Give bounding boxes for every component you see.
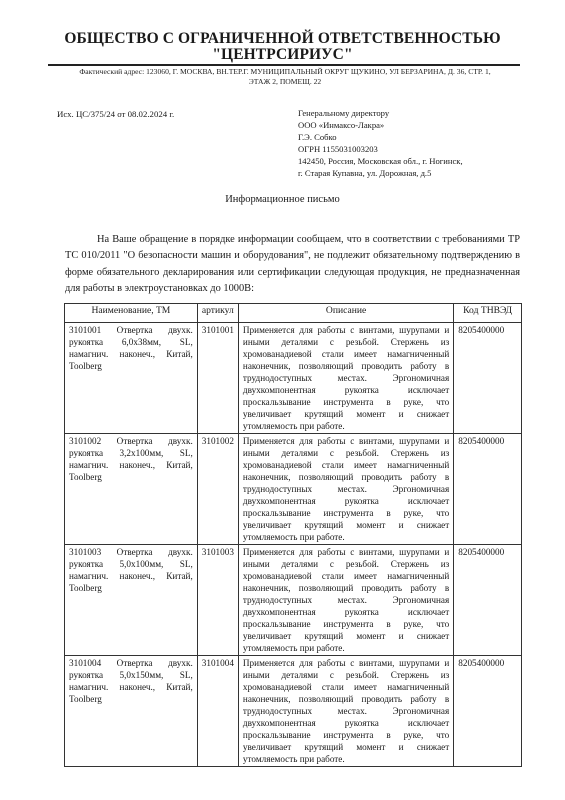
cell-article: 3101002	[197, 434, 238, 545]
cell-code: 8205400000	[454, 656, 522, 767]
recipient-line: Г.Э. Собко	[298, 131, 463, 143]
table-row: 3101004 Отвертка двухк. рукоятка 5,0х150…	[65, 656, 522, 767]
header-description: Описание	[238, 304, 453, 323]
cell-description: Применяется для работы с винтами, шурупа…	[238, 434, 453, 545]
header-name: Наименование, ТМ	[65, 304, 198, 323]
cell-code: 8205400000	[454, 323, 522, 434]
recipient-line: г. Старая Купавна, ул. Дорожная, д.5	[298, 167, 463, 179]
table-row: 3101001 Отвертка двухк. рукоятка 6,0х38м…	[65, 323, 522, 434]
cell-code: 8205400000	[454, 545, 522, 656]
table-header-row: Наименование, ТМ артикул Описание Код ТН…	[65, 304, 522, 323]
address-line-1: Фактический адрес: 123060, Г. МОСКВА, ВН…	[50, 67, 520, 77]
organization-name: ОБЩЕСТВО С ОГРАНИЧЕННОЙ ОТВЕТСТВЕННОСТЬЮ	[0, 30, 565, 47]
recipient-line: ОГРН 1155031003203	[298, 143, 463, 155]
recipient-line: ООО «Инмаксо-Лакра»	[298, 119, 463, 131]
cell-article: 3101001	[197, 323, 238, 434]
cell-name: 3101003 Отвертка двухк. рукоятка 5,0х100…	[65, 545, 198, 656]
letterhead-address: Фактический адрес: 123060, Г. МОСКВА, ВН…	[50, 67, 520, 87]
header-article: артикул	[197, 304, 238, 323]
table-row: 3101002 Отвертка двухк. рукоятка 3,2х100…	[65, 434, 522, 545]
products-table: Наименование, ТМ артикул Описание Код ТН…	[64, 303, 522, 767]
recipient-line: 142450, Россия, Московская обл., г. Ноги…	[298, 155, 463, 167]
cell-name: 3101002 Отвертка двухк. рукоятка 3,2х100…	[65, 434, 198, 545]
header-code: Код ТНВЭД	[454, 304, 522, 323]
table-row: 3101003 Отвертка двухк. рукоятка 5,0х100…	[65, 545, 522, 656]
cell-article: 3101003	[197, 545, 238, 656]
cell-name: 3101001 Отвертка двухк. рукоятка 6,0х38м…	[65, 323, 198, 434]
cell-article: 3101004	[197, 656, 238, 767]
cell-code: 8205400000	[454, 434, 522, 545]
address-line-2: ЭТАЖ 2, ПОМЕЩ. 22	[50, 77, 520, 87]
cell-description: Применяется для работы с винтами, шурупа…	[238, 545, 453, 656]
letterhead-divider	[48, 64, 520, 66]
organization-name-quoted: "ЦЕНТРСИРИУС"	[0, 46, 565, 63]
body-paragraph: На Ваше обращение в порядке информации с…	[65, 232, 520, 297]
cell-description: Применяется для работы с винтами, шурупа…	[238, 656, 453, 767]
cell-description: Применяется для работы с винтами, шурупа…	[238, 323, 453, 434]
outgoing-reference: Исх. ЦС/375/24 от 08.02.2024 г.	[57, 109, 174, 119]
cell-name: 3101004 Отвертка двухк. рукоятка 5,0х150…	[65, 656, 198, 767]
document-title: Информационное письмо	[0, 194, 565, 205]
recipient-block: Генеральному директору ООО «Инмаксо-Лакр…	[298, 107, 463, 180]
recipient-line: Генеральному директору	[298, 107, 463, 119]
